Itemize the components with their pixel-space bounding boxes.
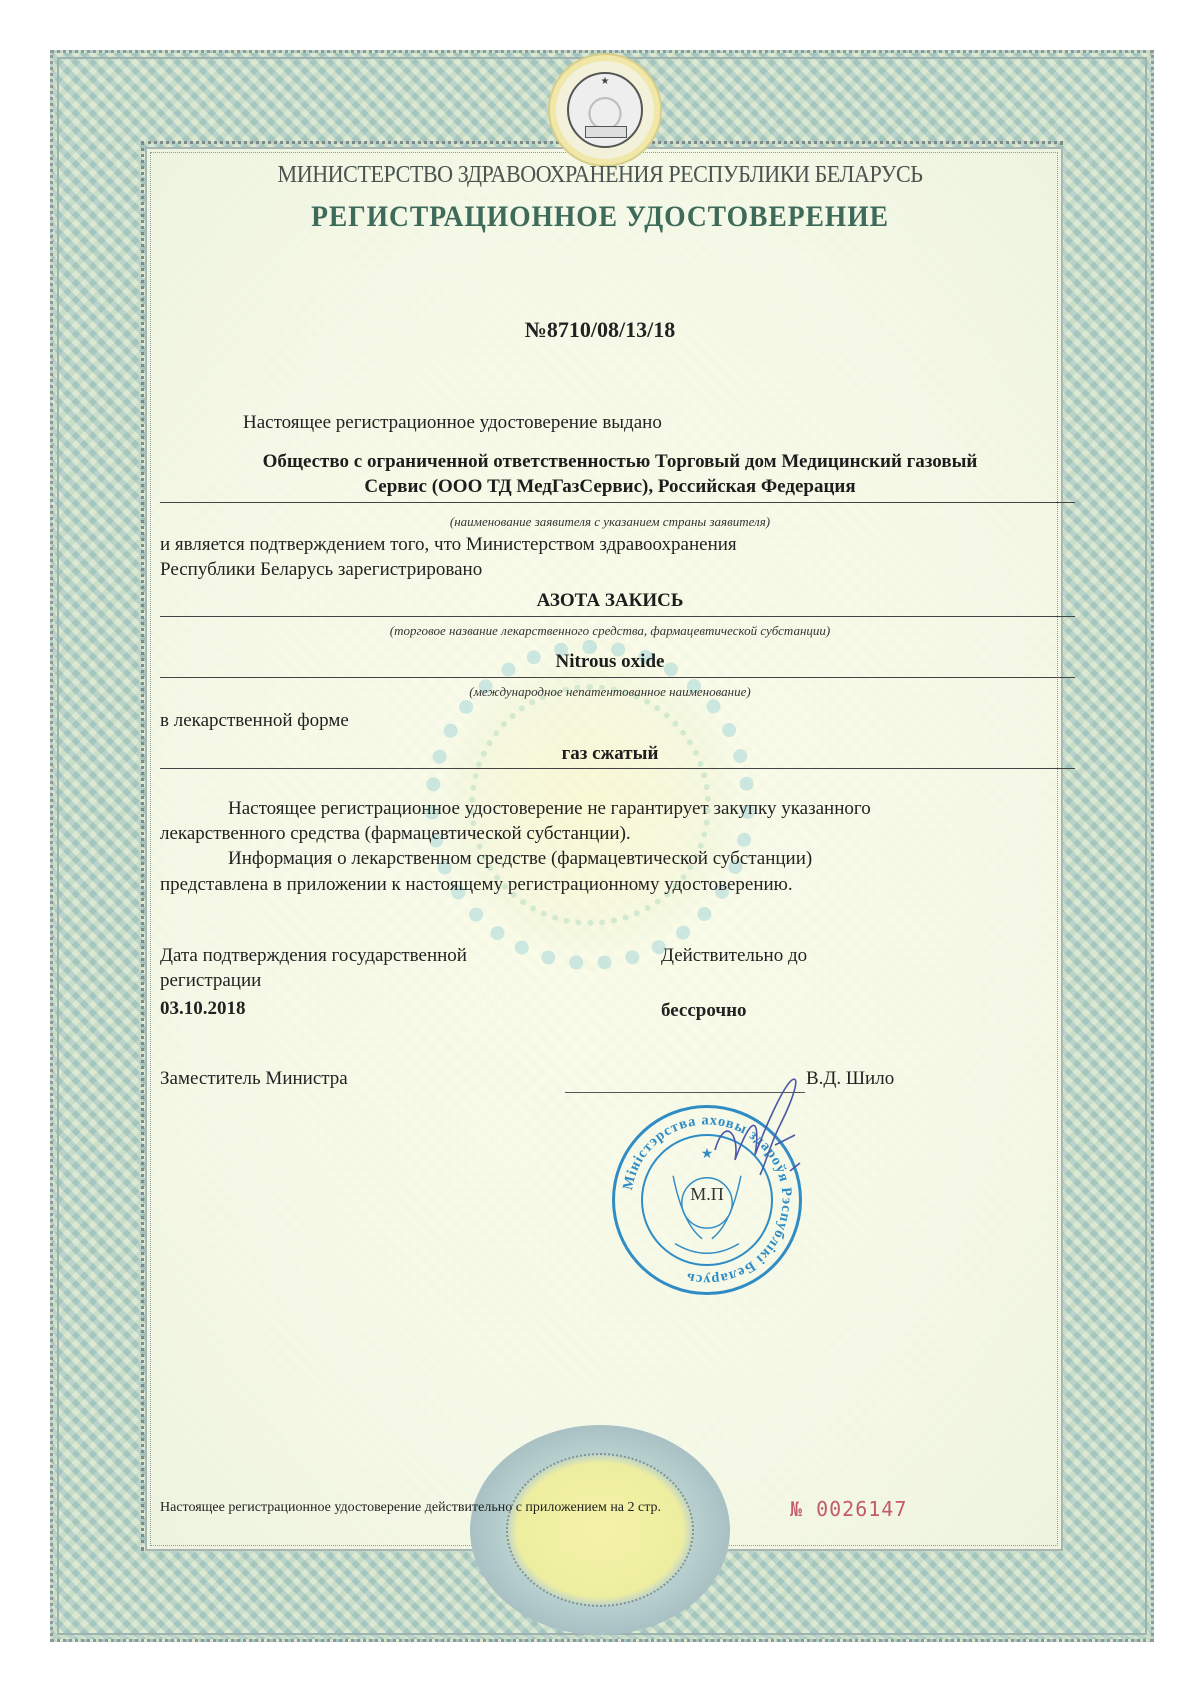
applicant-line-2: Сервис (ООО ТД МедГазСервис), Российская… — [160, 476, 1060, 498]
applicant-line-1: Общество с ограниченной ответственностью… — [160, 451, 1080, 473]
hologram-seal — [470, 1425, 730, 1635]
certificate-number: №8710/08/13/18 — [0, 317, 1200, 343]
note-2-line-2: представлена в приложении к настоящему р… — [160, 874, 793, 896]
ministry-name: МИНИСТЕРСТВО ЗДРАВООХРАНЕНИЯ РЕСПУБЛИКИ … — [48, 162, 1152, 189]
inn-name: Nitrous oxide — [160, 651, 1060, 673]
appendix-note: Настоящее регистрационное удостоверение … — [160, 1500, 661, 1516]
applicant-rule — [160, 502, 1075, 503]
certificate-serial-number: № 0026147 — [790, 1497, 907, 1521]
confirmation-line-1: и является подтверждением того, что Мини… — [160, 534, 737, 556]
trade-name: АЗОТА ЗАКИСЬ — [160, 590, 1060, 612]
belarus-coat-of-arms-icon: ★ — [550, 55, 660, 165]
dosage-form-value: газ сжатый — [160, 743, 1060, 765]
valid-until-label: Действительно до — [661, 945, 807, 967]
note-2-line-1: Информация о лекарственном средстве (фар… — [228, 848, 812, 870]
handwritten-signature-icon — [700, 1075, 820, 1185]
registration-date-label-1: Дата подтверждения государственной — [160, 945, 467, 967]
registration-date: 03.10.2018 — [160, 998, 246, 1020]
confirmation-line-2: Республики Беларусь зарегистрировано — [160, 559, 482, 581]
issued-intro: Настоящее регистрационное удостоверение … — [243, 412, 662, 434]
dosage-form-rule — [160, 768, 1075, 769]
trade-name-caption: (торговое название лекарственного средст… — [160, 623, 1060, 639]
dosage-form-label: в лекарственной форме — [160, 710, 349, 732]
signatory-position: Заместитель Министра — [160, 1068, 348, 1090]
valid-until-value: бессрочно — [661, 1000, 747, 1022]
inn-caption: (международное непатентованное наименова… — [160, 684, 1060, 700]
trade-name-rule — [160, 616, 1075, 617]
applicant-caption: (наименование заявителя с указанием стра… — [160, 514, 1060, 530]
note-1-line-2: лекарственного средства (фармацевтическо… — [160, 823, 631, 845]
document-title: РЕГИСТРАЦИОННОЕ УДОСТОВЕРЕНИЕ — [48, 200, 1152, 234]
emblem-ribbon — [585, 126, 627, 138]
registration-date-label-2: регистрации — [160, 970, 261, 992]
signatory-name: В.Д. Шило — [806, 1068, 894, 1090]
inn-rule — [160, 677, 1075, 678]
note-1-line-1: Настоящее регистрационное удостоверение … — [228, 798, 871, 820]
emblem-inner: ★ — [567, 72, 643, 148]
stamp-label: М.П — [615, 1184, 799, 1205]
star-icon: ★ — [601, 76, 610, 87]
